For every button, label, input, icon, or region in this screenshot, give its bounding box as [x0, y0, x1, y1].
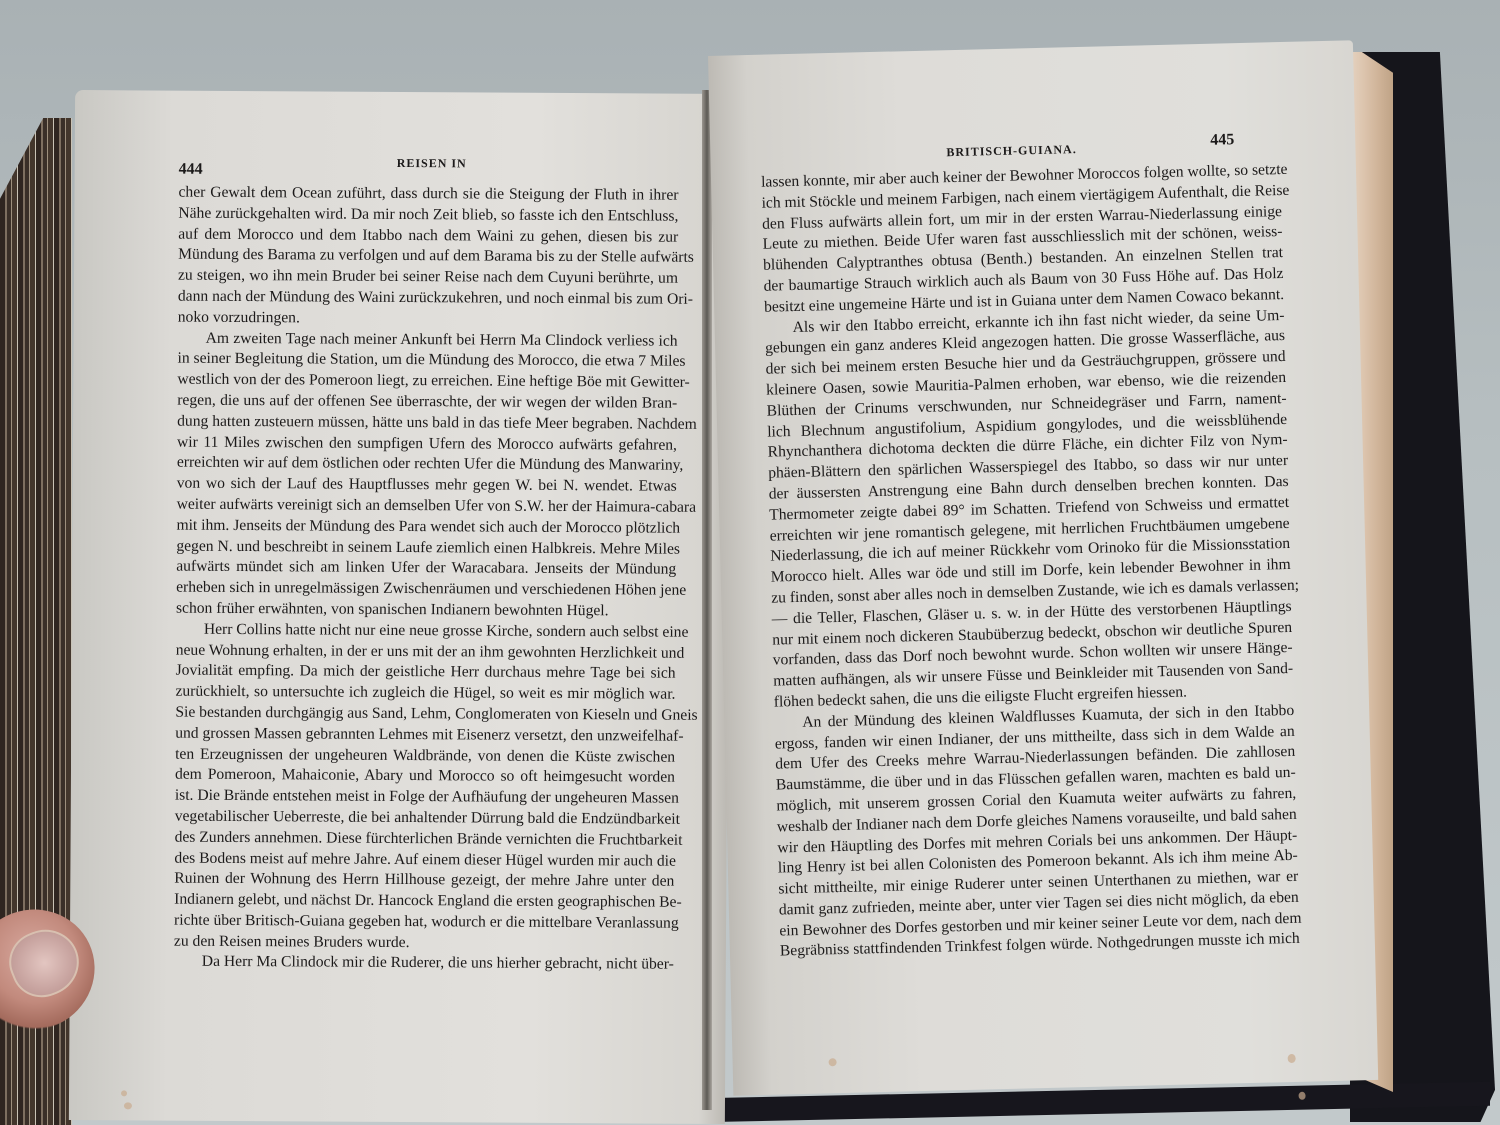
text-line: des Zunders annehmen. Diese fürchterlich… [175, 827, 675, 851]
text-line: schon früher erwähnten, von spanischen I… [176, 599, 676, 623]
foxing-stain [124, 1102, 132, 1109]
text-line: von wo sich der Lauf des Hauptflusses me… [177, 474, 677, 498]
text-line: weiter aufwärts vereinigt sich an demsel… [177, 495, 677, 519]
text-line: cher Gewalt dem Ocean zuführt, dass durc… [178, 183, 678, 207]
text-line: westlich von der des Pomeroon liegt, zu … [177, 370, 677, 394]
book-gutter [702, 90, 712, 1110]
right-page: BRITISCH-GUIANA. 445 lassen konnte, mir … [708, 40, 1378, 1095]
text-line: mit ihm. Jenseits der Mündung des Para w… [176, 515, 676, 539]
text-line: regen, die uns auf der offenen See überr… [177, 391, 677, 415]
body-text: lassen konnte, mir aber auch keiner der … [761, 160, 1300, 963]
foxing-stain [829, 1058, 837, 1066]
text-line: vegetabilischer Ueberreste, die bei anha… [175, 807, 675, 831]
text-line: zurückhielt, so untersuchte ich zugleich… [175, 682, 675, 706]
text-line: Da Herr Ma Clindock mir die Ruderer, die… [174, 952, 674, 976]
page-number: 445 [1210, 131, 1234, 150]
body-text: cher Gewalt dem Ocean zuführt, dass durc… [174, 183, 679, 976]
text-line: Nähe zurückgehalten wird. Da mir noch Ze… [178, 203, 678, 227]
text-line: Herr Collins hatte nicht nur eine neue g… [176, 619, 676, 643]
foxing-stain [1288, 1054, 1296, 1063]
text-line: Indianern gelebt, und nächst Dr. Hancock… [174, 890, 674, 914]
text-line: dann nach der Mündung des Waini zurückzu… [178, 287, 678, 311]
text-line: Sie bestanden durchgängig aus Sand, Lehm… [175, 703, 675, 727]
running-head: BRITISCH-GUIANA. [946, 142, 1077, 160]
text-line: ist. Die Brände entstehen meist in Folge… [175, 786, 675, 810]
text-line: noko vorzudringen. [178, 307, 678, 331]
left-page: 444 REISEN IN cher Gewalt dem Ocean zufü… [69, 90, 731, 1124]
text-line: und grossen Massen gebrannten Lehmes mit… [175, 723, 675, 747]
text-line: dung hatten zusteuern müssen, hätte uns … [177, 411, 677, 435]
foxing-stain [121, 1090, 127, 1096]
foxing-stain [1298, 1092, 1305, 1100]
running-head: REISEN IN [397, 156, 467, 171]
text-line: erheben sich in unregelmässigen Zwischen… [176, 578, 676, 602]
text-line: richte über Britisch-Guiana gegeben hat,… [174, 911, 674, 935]
page-number: 444 [179, 161, 203, 179]
